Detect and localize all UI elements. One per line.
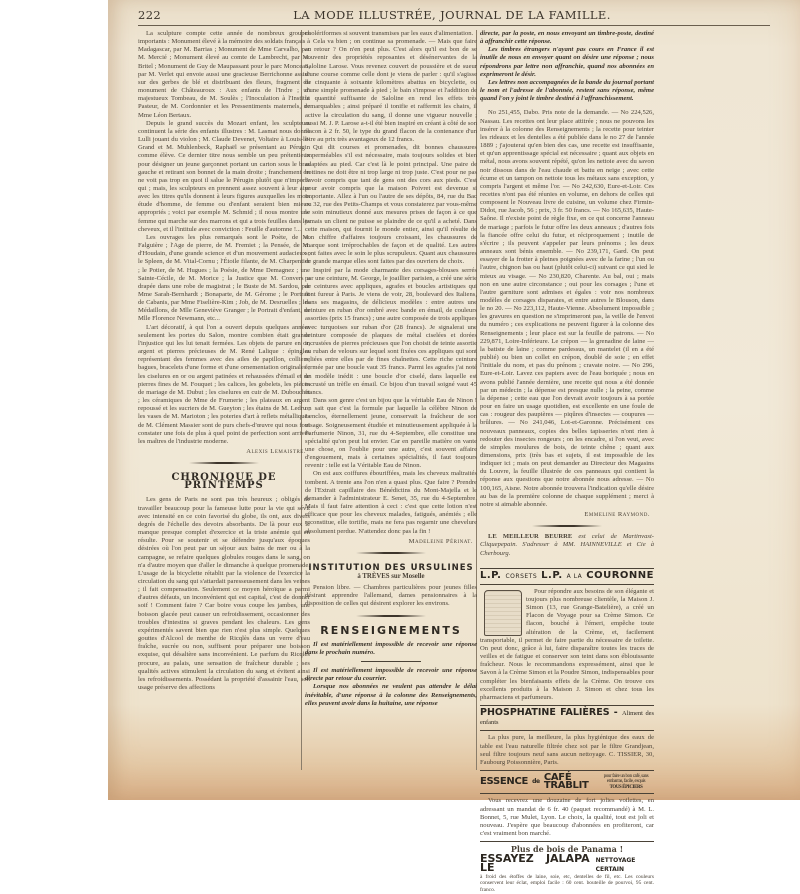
cream-bottle-illustration-icon: [484, 590, 522, 636]
article-paragraph: Les gens de Paris ne sont pas très heure…: [138, 496, 310, 692]
running-head: 222 LA MODE ILLUSTRÉE, JOURNAL DE LA FAM…: [136, 6, 768, 24]
essence-side-text: pour faire un bon café, sans embarras, f…: [604, 774, 649, 785]
article-paragraph: Cela va bien ; on continue sa promenade.…: [305, 38, 477, 144]
ornament-divider: [305, 609, 477, 623]
ad-essence-headline: ESSENCE de CAFÉ TRABLIT pour faire un bo…: [480, 774, 654, 791]
ornament-divider: [138, 456, 310, 470]
article-paragraph: Pension libre. — Chambres particulières …: [305, 584, 477, 608]
article-paragraph: Dans son genre c'est un bijou que la vér…: [305, 397, 477, 470]
article-paragraph: Les ouvrages les plus remarqués sont le …: [138, 234, 310, 324]
corsets-label: CORSETS: [505, 573, 537, 581]
notice-text: Les timbres étrangers n'ayant pas cours …: [480, 46, 654, 79]
essence-side-caps: TOUS ÉPICIERS: [610, 785, 643, 790]
column-3: directe, par la poste, en nous envoyant …: [480, 30, 654, 800]
phosphatine-brand: PHOSPHATINE FALIÈRES: [480, 707, 610, 718]
ad-creme-simon: Pour répondre aux besoins de son élégant…: [480, 588, 654, 702]
ornament-divider: [480, 519, 654, 533]
answers-text: No 251,455, Dabo. Pris note de la demand…: [480, 109, 654, 509]
notice-text: directe, par la poste, en nous envoyant …: [480, 30, 654, 46]
ad-phosphatine-headline: PHOSPHATINE FALIÈRES - Aliment des enfan…: [480, 709, 654, 727]
header-rule: [138, 25, 770, 26]
article-paragraph: La sculpture compte cette année de nombr…: [138, 30, 310, 120]
author-signature: Alexis Lemaistre.: [138, 448, 306, 456]
column-1: La sculpture compte cette année de nombr…: [138, 30, 310, 692]
ad-rule: [480, 730, 654, 731]
ad-text: La plus pure, la meilleure, la plus hygi…: [480, 734, 654, 767]
article-paragraph: cholériformes si souvent transmises par …: [305, 30, 477, 38]
ad-headline: LE MEILLEUR BEURRE: [488, 533, 572, 540]
a-la-label: A LA: [567, 573, 583, 581]
ad-rule: [480, 705, 654, 706]
newspaper-page: 222 LA MODE ILLUSTRÉE, JOURNAL DE LA FAM…: [108, 0, 800, 800]
journal-title: LA MODE ILLUSTRÉE, JOURNAL DE LA FAMILLE…: [136, 8, 768, 22]
brand-lp: L.P.: [480, 572, 501, 580]
essence-brand: ESSENCE: [480, 778, 528, 786]
column-2: cholériformes si souvent transmises par …: [305, 30, 477, 708]
notice-text: Lorsque nos abonnées ne veulent pas atte…: [305, 683, 477, 707]
ad-rule: [480, 793, 654, 794]
notice-text: Il est matériellement impossible de rece…: [305, 641, 477, 657]
section-title: INSTITUTION DES URSULINES: [305, 564, 477, 572]
ad-rule: [480, 770, 654, 771]
article-paragraph: On est aux coiffures ébouriffées, mais l…: [305, 470, 477, 535]
section-subtitle: à TRÈVES sur Moselle: [305, 573, 477, 581]
article-paragraph: Depuis le grand succès du Mozart enfant,…: [138, 120, 310, 234]
essence-brand: CAFÉ TRABLIT: [544, 774, 594, 790]
ad-rule: [480, 584, 654, 585]
section-title: CHRONIQUE DE PRINTEMPS: [138, 474, 310, 490]
brand-couronne: COURONNE: [586, 572, 654, 580]
notice-text: Il est matériellement impossible de rece…: [305, 667, 477, 683]
article-paragraph: L'art décoratif, à qui l'on a ouvert dep…: [138, 324, 310, 446]
ad-beurre: LE MEILLEUR BEURRE est celui de Martinva…: [480, 533, 654, 557]
notice-text: Les lettres non accompagnées de la bande…: [480, 79, 654, 103]
article-paragraph: Inspiré par la mode charmante des corsag…: [305, 267, 477, 398]
short-rule: [361, 661, 421, 662]
ad-rule: [480, 568, 654, 569]
section-title: RENSEIGNEMENTS: [305, 627, 477, 635]
essence-de: de: [532, 778, 540, 786]
ornament-divider: [305, 546, 477, 560]
essence-side: pour faire un bon café, sans embarras, f…: [598, 774, 654, 791]
author-signature: Madeleine Périnat.: [305, 538, 473, 546]
ad-corsets-headline: L.P. CORSETS L.P. A LA COURONNE: [480, 572, 654, 581]
article-paragraph: Qui dit courses et promenades, dit bonne…: [305, 144, 477, 266]
brand-lp: L.P.: [541, 572, 562, 580]
author-signature: Emmeline Raymond.: [480, 511, 650, 519]
